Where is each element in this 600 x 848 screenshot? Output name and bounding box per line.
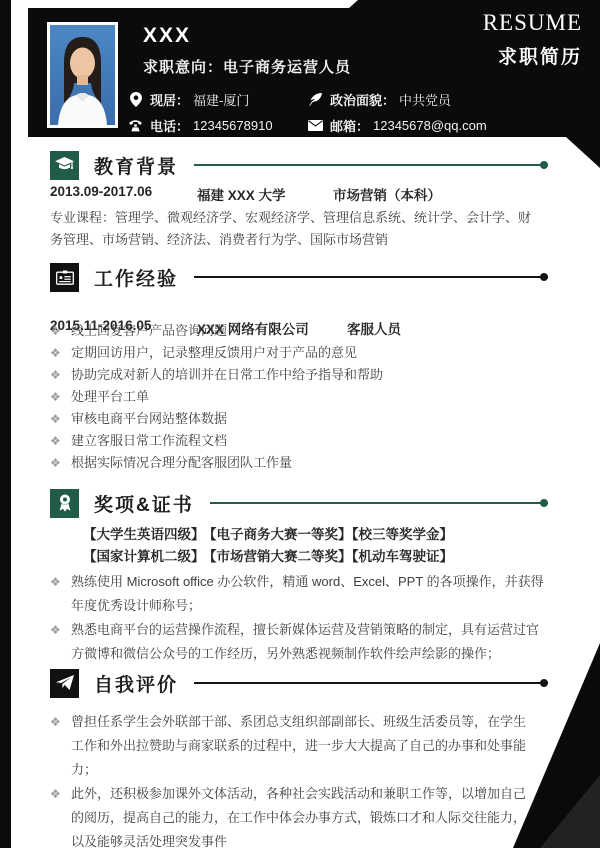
list-item: ❖协助完成对新人的培训并在日常工作中给予指导和帮助 — [50, 364, 548, 386]
job-intent: 求职意向：电子商务运营人员 — [143, 56, 351, 77]
award-item: 【电子商务大赛一等奖】 — [203, 524, 345, 546]
diamond-bullet-icon: ❖ — [50, 782, 71, 848]
self-eval-header: 自我评价 — [50, 668, 548, 698]
work-bullet-list: ❖线上回复客户产品咨询问题 ❖定期回访用户，记录整理反馈用户对于产品的意见 ❖协… — [50, 320, 548, 474]
education-major: 市场营销（本科） — [333, 184, 441, 204]
education-school: 福建 XXX 大学 — [197, 184, 286, 204]
phone-icon — [128, 118, 143, 133]
work-badge-icon — [50, 263, 79, 292]
id-photo — [47, 22, 118, 128]
section-title: 教育背景 — [94, 152, 178, 179]
education-period: 2013.09-2017.06 — [50, 184, 152, 199]
section-title: 奖项&证书 — [94, 490, 194, 517]
bullet-text: 曾担任系学生会外联部干部、系团总支组织部副部长、班级生活委员等，在学生工作和外出… — [71, 710, 528, 782]
diamond-bullet-icon: ❖ — [50, 430, 71, 452]
bullet-text: 根据实际情况合理分配客服团队工作量 — [71, 452, 548, 474]
section-rule — [194, 276, 548, 278]
rule-end-dot — [540, 273, 548, 281]
award-item: 【市场营销大赛二等奖】 — [203, 546, 345, 568]
section-title: 工作经验 — [94, 264, 178, 291]
list-item: ❖熟悉电商平台的运营操作流程，擅长新媒体运营及营销策略的制定，具有运营过官方微博… — [50, 618, 548, 666]
award-item: 【大学生英语四级】 — [83, 524, 203, 546]
contact-label: 电话： — [150, 116, 189, 135]
contact-email: 邮箱： 12345678@qq.com — [308, 116, 548, 135]
list-item: ❖此外，还积极参加课外文体活动，各种社会实践活动和兼职工作等，以增加自己的阅历，… — [50, 782, 528, 848]
bullet-text: 熟练使用 Microsoft office 办公软件，精通 word、Excel… — [71, 570, 548, 618]
diamond-bullet-icon: ❖ — [50, 570, 71, 618]
section-work: 工作经验 — [50, 262, 548, 292]
rule-end-dot — [540, 679, 548, 687]
paper-plane-icon — [50, 669, 79, 698]
quill-icon — [308, 92, 323, 107]
diamond-bullet-icon: ❖ — [50, 710, 71, 782]
location-pin-icon — [128, 92, 143, 107]
list-item: ❖根据实际情况合理分配客服团队工作量 — [50, 452, 548, 474]
list-item: ❖定期回访用户，记录整理反馈用户对于产品的意见 — [50, 342, 548, 364]
contact-value: 12345678@qq.com — [373, 118, 487, 133]
section-rule — [194, 164, 548, 166]
education-courses: 专业课程：管理学、微观经济学、宏观经济学、管理信息系统、统计学、会计学、财务管理… — [50, 207, 538, 251]
diamond-bullet-icon: ❖ — [50, 408, 71, 430]
contact-location: 现居： 福建-厦门 — [128, 90, 308, 109]
bullet-text: 定期回访用户，记录整理反馈用户对于产品的意见 — [71, 342, 548, 364]
contact-value: 福建-厦门 — [193, 90, 249, 109]
diamond-bullet-icon: ❖ — [50, 618, 71, 666]
candidate-name: XXX — [143, 24, 191, 48]
self-eval-bullet-list: ❖曾担任系学生会外联部干部、系团总支组织部副部长、班级生活委员等，在学生工作和外… — [50, 710, 528, 848]
section-rule — [194, 682, 548, 684]
bullet-text: 建立客服日常工作流程文档 — [71, 430, 548, 452]
diamond-bullet-icon: ❖ — [50, 386, 71, 408]
education-meta-row: 2013.09-2017.06 福建 XXX 大学 市场营销（本科） — [50, 184, 548, 204]
contact-phone: 电话： 12345678910 — [128, 116, 308, 135]
rule-end-dot — [540, 499, 548, 507]
diamond-bullet-icon: ❖ — [50, 364, 71, 386]
rule-end-dot — [540, 161, 548, 169]
medal-icon — [50, 489, 79, 518]
section-rule — [210, 502, 548, 504]
awards-bullet-list: ❖熟练使用 Microsoft office 办公软件，精通 word、Exce… — [50, 570, 548, 666]
list-item: ❖熟练使用 Microsoft office 办公软件，精通 word、Exce… — [50, 570, 548, 618]
contact-politics: 政治面貌： 中共党员 — [308, 90, 548, 109]
contact-label: 政治面貌： — [330, 90, 395, 109]
award-item: 【校三等奖学金】 — [345, 524, 581, 546]
contact-info: 现居： 福建-厦门 政治面貌： 中共党员 电话： 12345678910 邮箱：… — [128, 86, 548, 138]
diamond-bullet-icon: ❖ — [50, 320, 71, 342]
brand-title: RESUME — [483, 10, 582, 36]
bullet-text: 处理平台工单 — [71, 386, 548, 408]
contact-value: 中共党员 — [399, 90, 451, 109]
diamond-bullet-icon: ❖ — [50, 342, 71, 364]
award-item: 【机动车驾驶证】 — [345, 546, 581, 568]
bullet-text: 此外，还积极参加课外文体活动，各种社会实践活动和兼职工作等，以增加自己的阅历，提… — [71, 782, 528, 848]
awards-header: 奖项&证书 — [50, 488, 548, 518]
list-item: ❖建立客服日常工作流程文档 — [50, 430, 548, 452]
section-self-eval: 自我评价 — [50, 668, 548, 698]
envelope-icon — [308, 118, 323, 133]
id-photo-illustration — [50, 25, 115, 125]
work-header: 工作经验 — [50, 262, 548, 292]
contact-value: 12345678910 — [193, 118, 273, 133]
left-accent-strip — [0, 0, 11, 848]
section-awards: 奖项&证书 — [50, 488, 548, 518]
list-item: ❖线上回复客户产品咨询问题 — [50, 320, 548, 342]
list-item: ❖曾担任系学生会外联部干部、系团总支组织部副部长、班级生活委员等，在学生工作和外… — [50, 710, 528, 782]
section-title: 自我评价 — [94, 670, 178, 697]
education-header: 教育背景 — [50, 150, 548, 180]
bullet-text: 审核电商平台网站整体数据 — [71, 408, 548, 430]
bullet-text: 协助完成对新人的培训并在日常工作中给予指导和帮助 — [71, 364, 548, 386]
diamond-bullet-icon: ❖ — [50, 452, 71, 474]
contact-label: 邮箱： — [330, 116, 369, 135]
graduation-cap-icon — [50, 151, 79, 180]
bullet-text: 线上回复客户产品咨询问题 — [71, 320, 548, 342]
brand-subtitle: 求职简历 — [483, 42, 582, 69]
awards-grid: 【大学生英语四级】 【电子商务大赛一等奖】 【校三等奖学金】 【国家计算机二级】… — [50, 524, 581, 568]
bullet-text: 熟悉电商平台的运营操作流程，擅长新媒体运营及营销策略的制定，具有运营过官方微博和… — [71, 618, 548, 666]
list-item: ❖处理平台工单 — [50, 386, 548, 408]
list-item: ❖审核电商平台网站整体数据 — [50, 408, 548, 430]
award-item: 【国家计算机二级】 — [83, 546, 203, 568]
contact-label: 现居： — [150, 90, 189, 109]
section-education: 教育背景 — [50, 150, 548, 180]
resume-brand: RESUME 求职简历 — [483, 10, 582, 69]
